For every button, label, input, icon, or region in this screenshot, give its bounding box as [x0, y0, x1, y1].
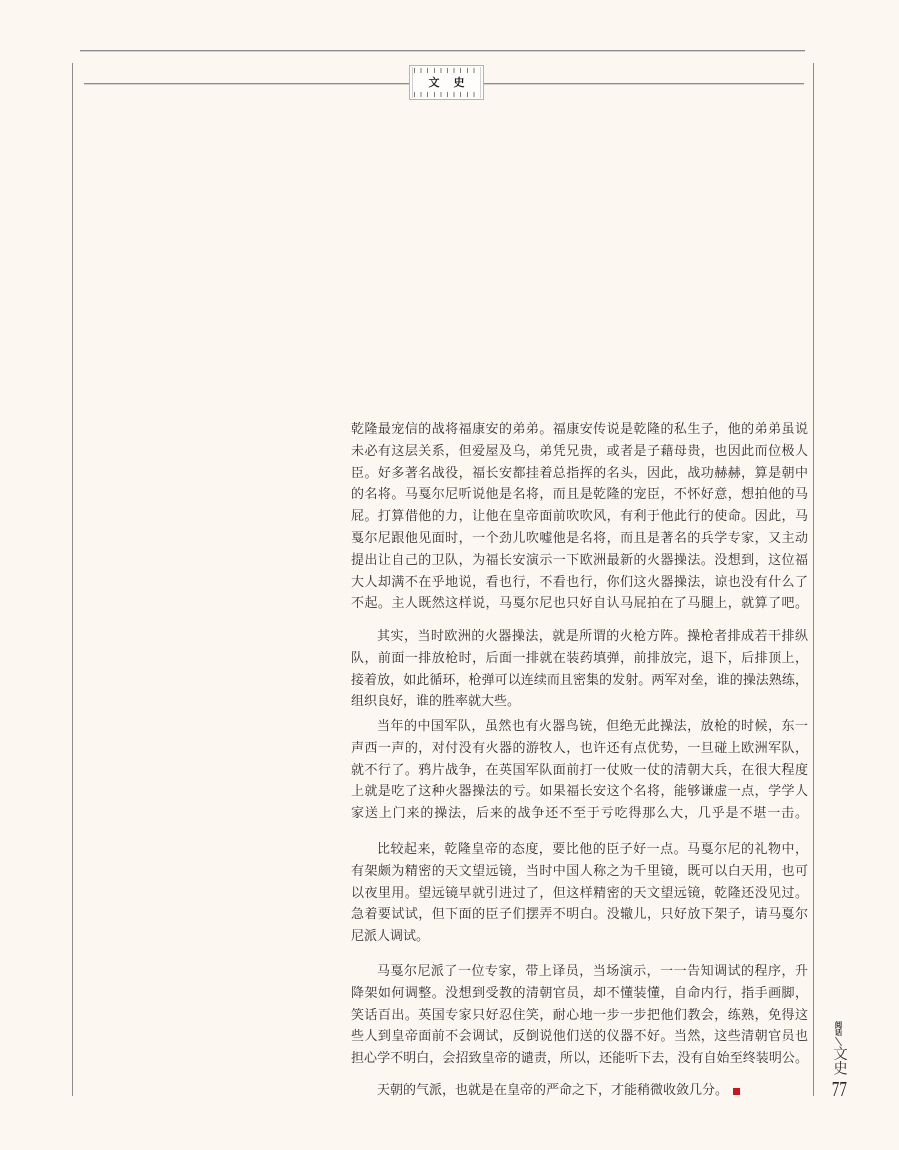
- text-line: 屁。打算借他的力，让他在皇帝面前吹吹风，有利于他此行的使命。因此，马: [351, 506, 808, 528]
- text-line: 组织良好，谁的胜率就大些。: [351, 691, 808, 713]
- page-number: 77: [832, 1079, 846, 1099]
- text-line: 有架颇为精密的天文望远镜，当时中国人称之为千里镜，既可以白天用，也可: [351, 861, 808, 883]
- text-line: 担心学不明白，会招致皇帝的谴责，所以，还能听下去，没有自始至终装明公。: [351, 1048, 808, 1070]
- paragraph-final: 天朝的气派，也就是在皇帝的严命之下，才能稍微收敛几分。: [351, 1080, 808, 1102]
- text-line-final: 天朝的气派，也就是在皇帝的严命之下，才能稍微收敛几分。: [351, 1080, 808, 1102]
- paragraph: 马戛尔尼派了一位专家，带上译员，当场演示，一一告知调试的程序，升 降架如何调整。…: [351, 961, 808, 1070]
- text-line: 急着要试试，但下面的臣子们摆弄不明白。没辙儿，只好放下架子，请马戛尔: [351, 904, 808, 926]
- section-badge: 文史: [409, 65, 484, 100]
- section-badge-label: 文史: [410, 76, 483, 90]
- column-label-large: 文史: [831, 1046, 846, 1075]
- text-line: 臣。好多著名战役，福长安都挂着总指挥的名头，因此，战功赫赫，算是朝中: [351, 463, 808, 485]
- left-frame-rule: [72, 63, 73, 1096]
- text-line: 乾隆最宠信的战将福康安的弟弟。福康安传说是乾隆的私生子，他的弟弟虽说: [351, 419, 808, 441]
- text-line: 声西一声的，对付没有火器的游牧人，也许还有点优势，一旦碰上欧洲军队，: [351, 738, 808, 760]
- right-frame-rule: [813, 63, 814, 1096]
- paragraph: 乾隆最宠信的战将福康安的弟弟。福康安传说是乾隆的私生子，他的弟弟虽说 未必有这层…: [351, 419, 808, 615]
- text-line: 马戛尔尼派了一位专家，带上译员，当场演示，一一告知调试的程序，升: [351, 961, 808, 983]
- text-line: 其实，当时欧洲的火器操法，就是所谓的火枪方阵。操枪者排成若干排纵: [351, 626, 808, 648]
- text-line: 家送上门来的操法，后来的战争还不至于亏吃得那么大，几乎是不堪一击。: [351, 803, 808, 825]
- column-label-small: 阅话: [834, 1021, 842, 1036]
- badge-perforation-top: [414, 68, 479, 73]
- end-mark-icon: [733, 1088, 740, 1095]
- paragraph: 当年的中国军队，虽然也有火器鸟铳，但绝无此操法，放枪的时候，东一 声西一声的，对…: [351, 716, 808, 825]
- text-line: 队，前面一排放枪时，后面一排就在装药填弹，前排放完，退下，后排顶上，: [351, 648, 808, 670]
- text-line: 不起。主人既然这样说，马戛尔尼也只好自认马屁拍在了马腿上，就算了吧。: [351, 593, 808, 615]
- paragraph: 比较起来，乾隆皇帝的态度，要比他的臣子好一点。马戛尔尼的礼物中， 有架颇为精密的…: [351, 839, 808, 948]
- text-line: 上就是吃了这种火器操法的亏。如果福长安这个名将，能够谦虚一点，学学人: [351, 781, 808, 803]
- top-rule: [80, 50, 805, 51]
- text-line: 降架如何调整。没想到受教的清朝官员，却不懂装懂，自命内行，指手画脚，: [351, 983, 808, 1005]
- text-line: 尼派人调试。: [351, 926, 808, 948]
- text-line: 些人到皇帝面前不会调试，反倒说他们送的仪器不好。当然，这些清朝官员也: [351, 1026, 808, 1048]
- text-line: 戛尔尼跟他见面时，一个劲儿吹嘘他是名将，而且是著名的兵学专家，又主动: [351, 528, 808, 550]
- paragraph: 其实，当时欧洲的火器操法，就是所谓的火枪方阵。操枪者排成若干排纵 队，前面一排放…: [351, 626, 808, 713]
- text-line: 笑话百出。英国专家只好忍住笑，耐心地一步一步把他们教会，练熟，免得这: [351, 1005, 808, 1027]
- text-line: 未必有这层关系，但爱屋及乌，弟凭兄贵，或者是子藉母贵，也因此而位极人: [351, 441, 808, 463]
- text-line: 以夜里用。望远镜早就引进过了，但这样精密的天文望远镜，乾隆还没见过。: [351, 883, 808, 905]
- text-line: 提出让自己的卫队，为福长安演示一下欧洲最新的火器操法。没想到，这位福: [351, 550, 808, 572]
- text-line: 接着放，如此循环，枪弹可以连续而且密集的发射。两军对垒，谁的操法熟练，: [351, 670, 808, 692]
- text-line: 当年的中国军队，虽然也有火器鸟铳，但绝无此操法，放枪的时候，东一: [351, 716, 808, 738]
- slash-divider-icon: [835, 1037, 842, 1047]
- text-line: 就不行了。鸦片战争，在英国军队面前打一仗败一仗的清朝大兵，在很大程度: [351, 760, 808, 782]
- text-line: 比较起来，乾隆皇帝的态度，要比他的臣子好一点。马戛尔尼的礼物中，: [351, 839, 808, 861]
- text-line: 大人却满不在乎地说，看也行，不看也行，你们这火器操法，谅也没有什么了: [351, 572, 808, 594]
- final-sentence: 天朝的气派，也就是在皇帝的严命之下，才能稍微收敛几分。: [377, 1083, 728, 1098]
- text-line: 的名将。马戛尔尼听说他是名将，而且是乾隆的宠臣，不怀好意，想拍他的马: [351, 484, 808, 506]
- badge-perforation-bottom: [414, 92, 479, 97]
